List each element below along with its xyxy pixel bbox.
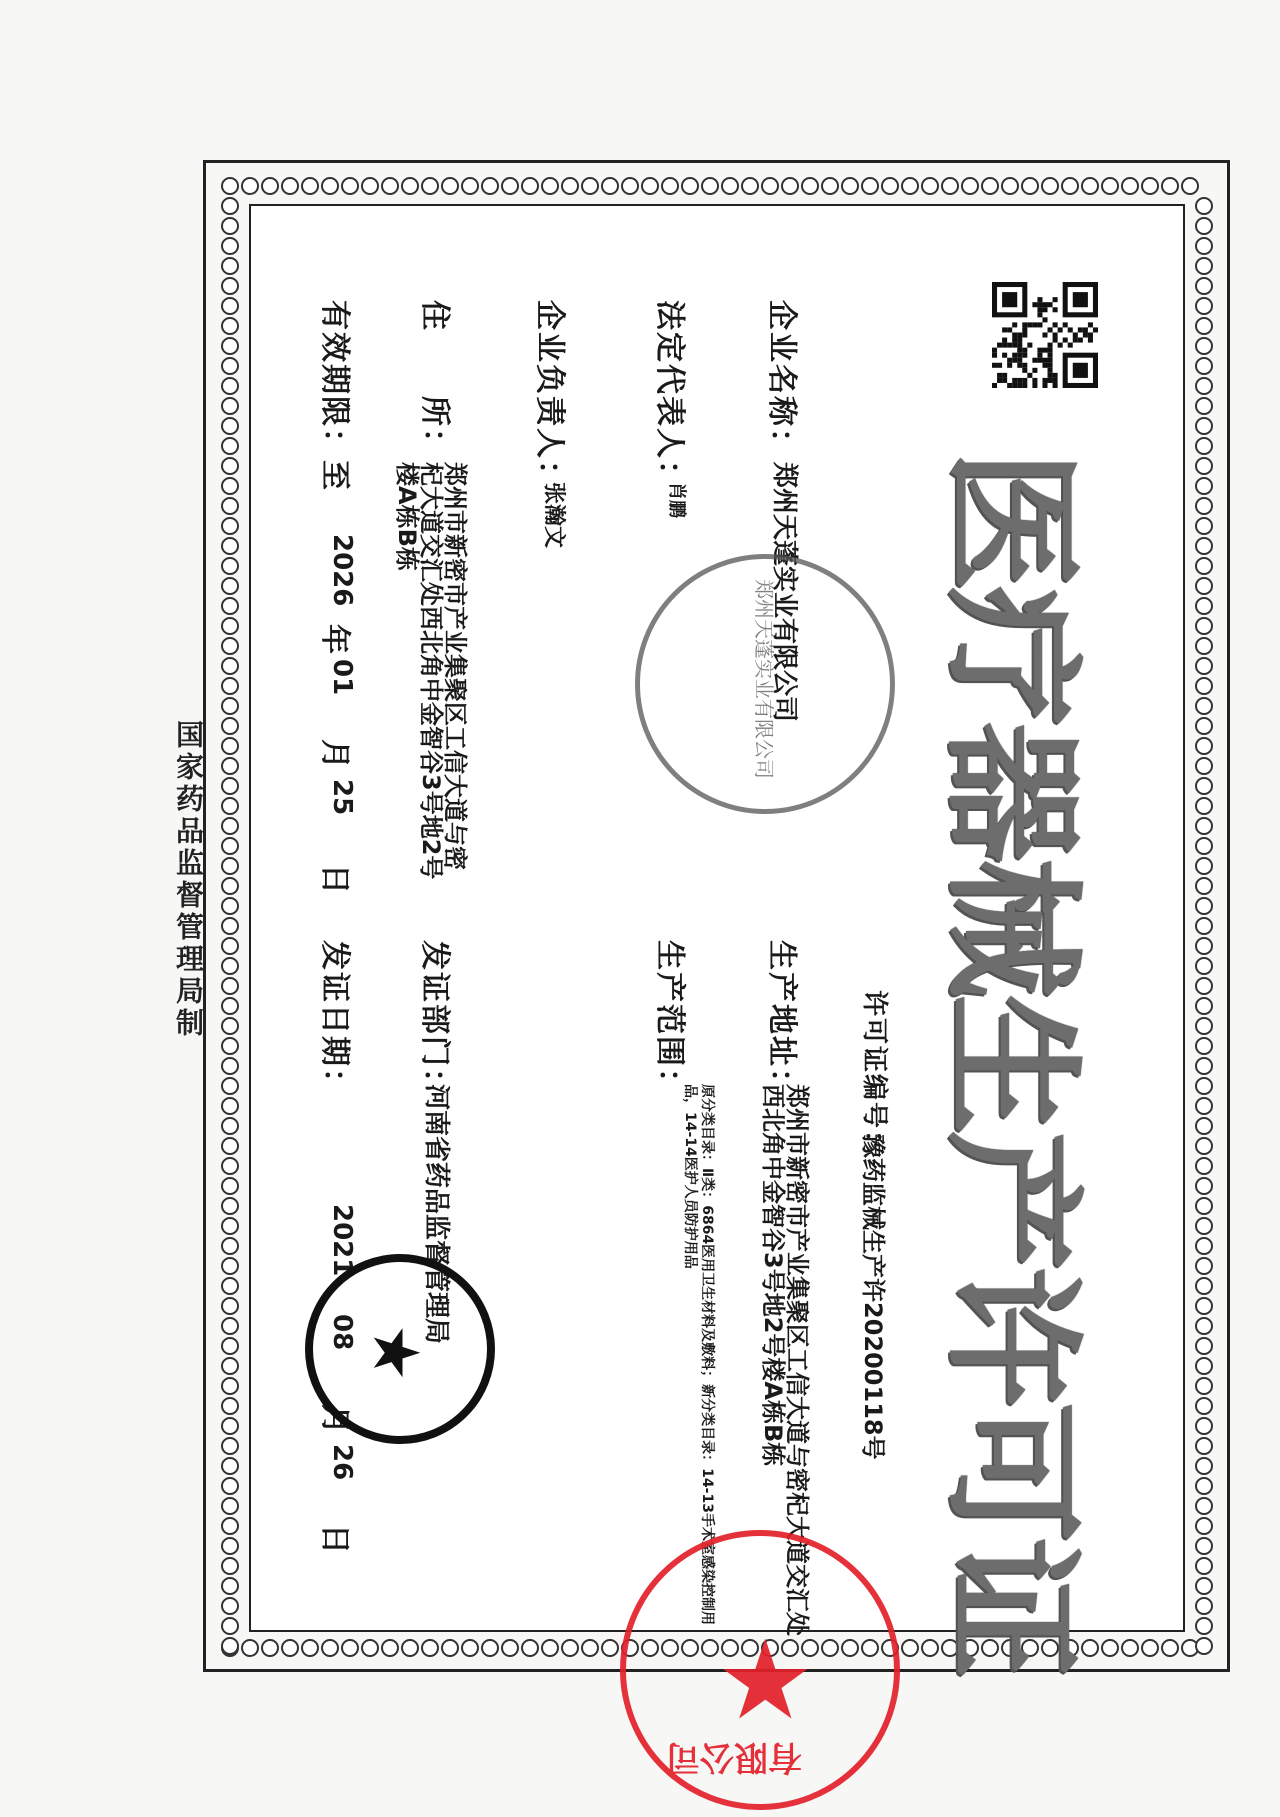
certificate-title: 医疗器械生产许可证 xyxy=(930,450,1090,1674)
issuer-footer: 国家药品监督管理局制 xyxy=(168,720,208,1040)
issuer-label: 发证部门： xyxy=(416,940,460,1100)
company-name-label: 企业名称： xyxy=(763,300,807,460)
year-unit: 年 xyxy=(316,624,360,656)
production-address-label: 生产地址： xyxy=(763,940,807,1100)
valid-until-day: 25 xyxy=(327,779,357,815)
day-unit: 日 xyxy=(316,864,360,896)
seal-star-icon: ★ xyxy=(358,1324,432,1381)
production-scope-label: 生产范围： xyxy=(651,940,695,1100)
legal-rep-label: 法定代表人： xyxy=(651,300,695,492)
government-seal: ★ xyxy=(305,1254,495,1444)
legal-rep: 肖鹏 xyxy=(665,482,691,518)
seal-star-icon: ★ xyxy=(716,1616,815,1744)
residence-label: 住 所： xyxy=(416,300,460,460)
issue-date-label: 发证日期： xyxy=(316,940,360,1100)
month-unit: 月 xyxy=(316,739,360,771)
valid-until-year: 2026 xyxy=(327,534,357,606)
certificate-body: 医疗器械生产许可证 许可证编号： 豫药监械生产许20200118号 企业名称： … xyxy=(249,204,1185,1632)
person-in-charge: 张瀚文 xyxy=(540,482,571,548)
license-no-label: 许可证编号： xyxy=(858,990,895,1158)
red-company-seal: ★ 有限公司 xyxy=(620,1530,900,1810)
company-seal: 郑州天蓬实业有限公司 xyxy=(635,554,895,814)
residence: 郑州市新密市产业集聚区工信大道与密杞大道交汇处西北角中金智谷3号地2号楼A栋B栋 xyxy=(395,462,467,892)
issue-day-unit: 日 xyxy=(316,1524,360,1556)
issue-date-day: 26 xyxy=(327,1444,357,1480)
valid-until-label: 有效期限：至 xyxy=(316,300,360,492)
license-no: 豫药监械生产许20200118号 xyxy=(858,1134,893,1460)
valid-until-month: 01 xyxy=(327,659,357,695)
qr-code-icon xyxy=(992,282,1098,388)
person-in-charge-label: 企业负责人： xyxy=(531,300,575,492)
